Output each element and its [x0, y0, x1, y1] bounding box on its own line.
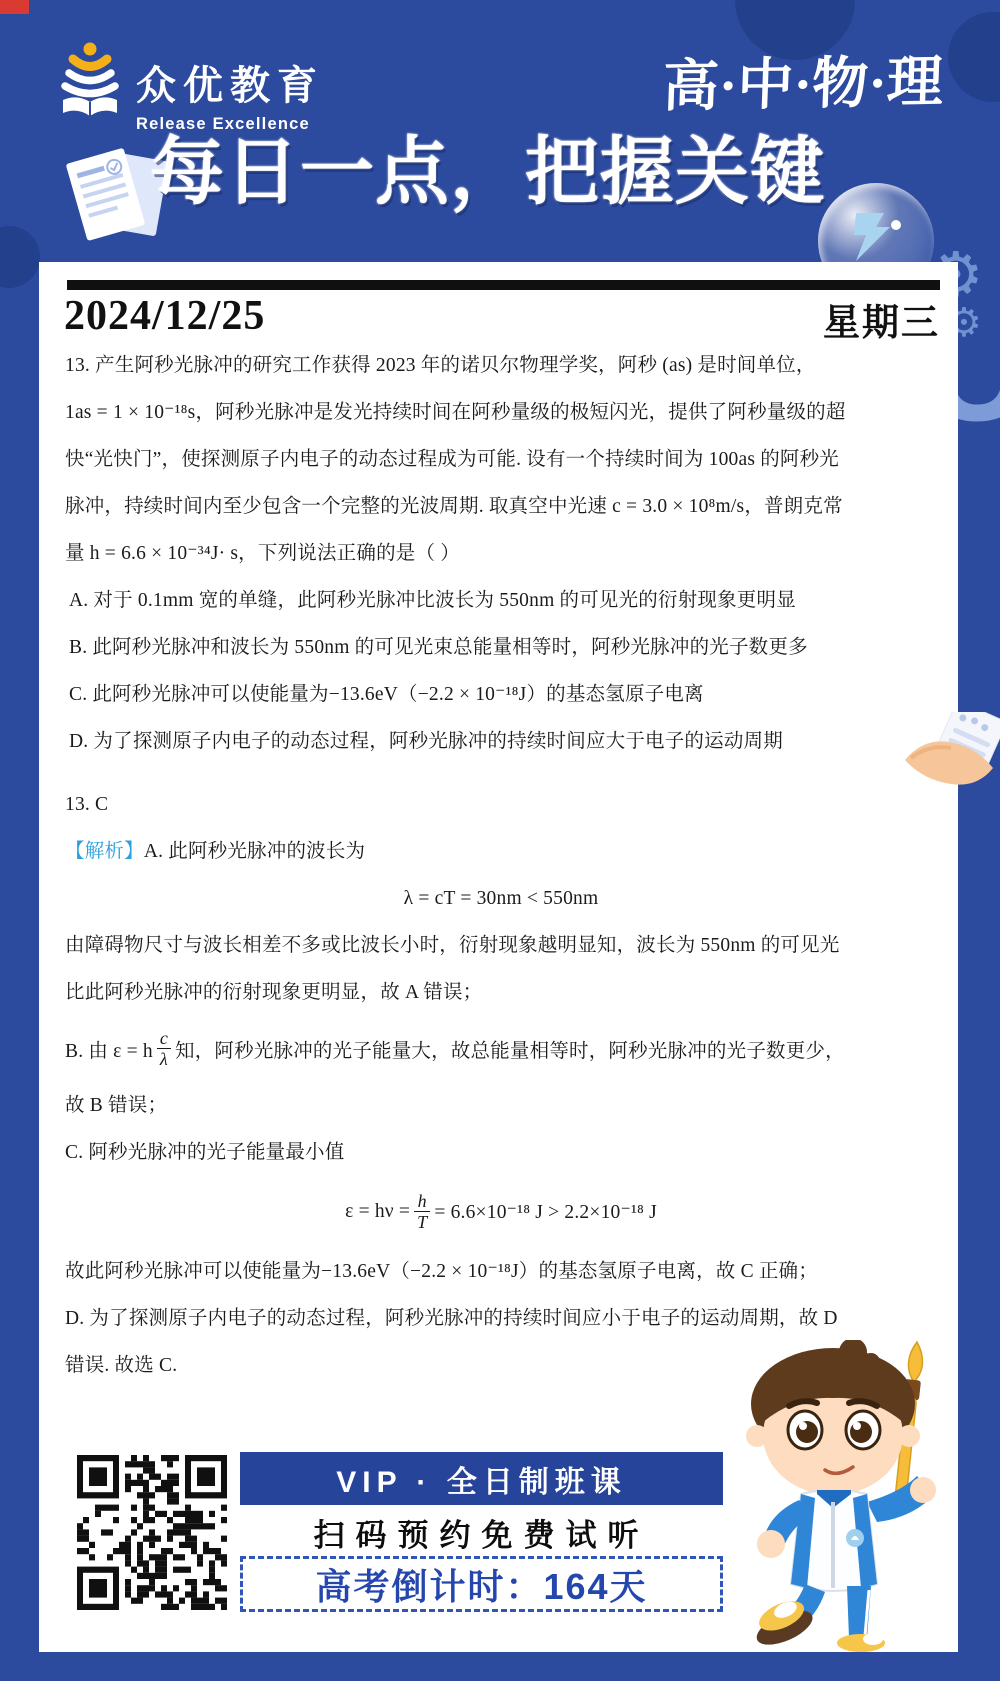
question-and-analysis: 13. 产生阿秒光脉冲的研究工作获得 2023 年的诺贝尔物理学奖，阿秒 (as…: [65, 342, 937, 1389]
option-b: B. 此阿秒光脉冲和波长为 550nm 的可见光束总能量相等时，阿秒光脉冲的光子…: [65, 624, 937, 671]
qr-code: [77, 1455, 227, 1610]
poster: U ⚙ ⚙ 众优教育 Release Excellence 高·中·物·理: [0, 0, 1000, 1681]
formula-epsilon-prefix: ε = hν =: [345, 1201, 410, 1223]
gaokao-countdown: 高考倒计时：164天: [240, 1556, 723, 1612]
hand-with-paper-illustration: [903, 712, 1000, 794]
red-corner-decoration: [0, 0, 29, 14]
question-line: 量 h = 6.6 × 10⁻³⁴J· s，下列说法正确的是（ ）: [65, 530, 937, 577]
option-d: D. 为了探测原子内电子的动态过程，阿秒光脉冲的持续时间应大于电子的运动周期: [65, 718, 937, 765]
analysis-intro-text: A. 此阿秒光脉冲的波长为: [144, 841, 365, 862]
brand-logo: 众优教育 Release Excellence: [60, 42, 324, 134]
fraction-h-over-t: h T: [414, 1192, 430, 1232]
analysis-intro: 【解析】A. 此阿秒光脉冲的波长为: [65, 828, 937, 875]
vip-banner: VIP · 全日制班课: [240, 1452, 723, 1505]
formula-epsilon: ε = hν = h T = 6.6×10⁻¹⁸ J > 2.2×10⁻¹⁸ J: [65, 1176, 937, 1248]
answer: 13. C: [65, 781, 937, 828]
question-line: 脉冲，持续时间内至少包含一个完整的光波周期. 取真空中光速 c = 3.0 × …: [65, 483, 937, 530]
question-line: 1as = 1 × 10⁻¹⁸s，阿秒光脉冲是发光持续时间在阿秒量级的极短闪光，…: [65, 389, 937, 436]
formula-lambda: λ = cT = 30nm < 550nm: [65, 875, 937, 922]
content-card: 2024/12/25 星期三 13. 产生阿秒光脉冲的研究工作获得 2023 年…: [39, 262, 958, 1652]
analysis-label: 【解析】: [65, 841, 144, 862]
lightning-flag-icon: [846, 209, 906, 265]
circle-decoration: [0, 226, 40, 288]
fraction-c-over-lambda: c λ: [157, 1029, 171, 1069]
page-title: 每日一点，把握关键: [150, 135, 825, 209]
divider-bar: [67, 280, 940, 290]
option-c: C. 此阿秒光脉冲可以使能量为−13.6eV（−2.2 × 10⁻¹⁸J）的基态…: [65, 671, 937, 718]
analysis-d-line: D. 为了探测原子内电子的动态过程，阿秒光脉冲的持续时间应小于电子的运动周期，故…: [65, 1295, 937, 1342]
analysis-c-line: 故此阿秒光脉冲可以使能量为−13.6eV（−2.2 × 10⁻¹⁸J）的基态氢原…: [65, 1248, 937, 1295]
mascot-boy: [721, 1340, 947, 1652]
analysis-b-line: B. 由 ε = h c λ 知，阿秒光脉冲的光子能量大，故总能量相等时，阿秒光…: [65, 1016, 937, 1082]
question-line: 13. 产生阿秒光脉冲的研究工作获得 2023 年的诺贝尔物理学奖，阿秒 (as…: [65, 342, 937, 389]
scan-cta: 扫码预约免费试听: [240, 1510, 723, 1555]
analysis-b-prefix: B. 由 ε = h: [65, 1035, 153, 1063]
analysis-b-suffix: 知，阿秒光脉冲的光子能量大，故总能量相等时，阿秒光脉冲的光子数更少，: [175, 1035, 845, 1063]
analysis-b-line: 故 B 错误；: [65, 1082, 937, 1129]
date: 2024/12/25: [64, 292, 265, 340]
brand-name: 众优教育: [136, 54, 324, 111]
question-line: 快“光快门”，使探测原子内电子的动态过程成为可能. 设有一个持续时间为 100a…: [65, 436, 937, 483]
subject-title: 高·中·物·理: [636, 37, 969, 123]
formula-epsilon-suffix: = 6.6×10⁻¹⁸ J > 2.2×10⁻¹⁸ J: [434, 1200, 657, 1224]
analysis-a-line: 由障碍物尺寸与波长相差不多或比波长小时，衍射现象越明显知，波长为 550nm 的…: [65, 922, 937, 969]
analysis-c-line: C. 阿秒光脉冲的光子能量最小值: [65, 1129, 937, 1176]
weekday: 星期三: [823, 292, 940, 346]
brand-text: 众优教育 Release Excellence: [136, 42, 324, 134]
analysis-a-line: 比此阿秒光脉冲的衍射现象更明显，故 A 错误；: [65, 969, 937, 1016]
option-a: A. 对于 0.1mm 宽的单缝，此阿秒光脉冲比波长为 550nm 的可见光的衍…: [65, 577, 937, 624]
zhongyou-logo-icon: [60, 42, 120, 120]
